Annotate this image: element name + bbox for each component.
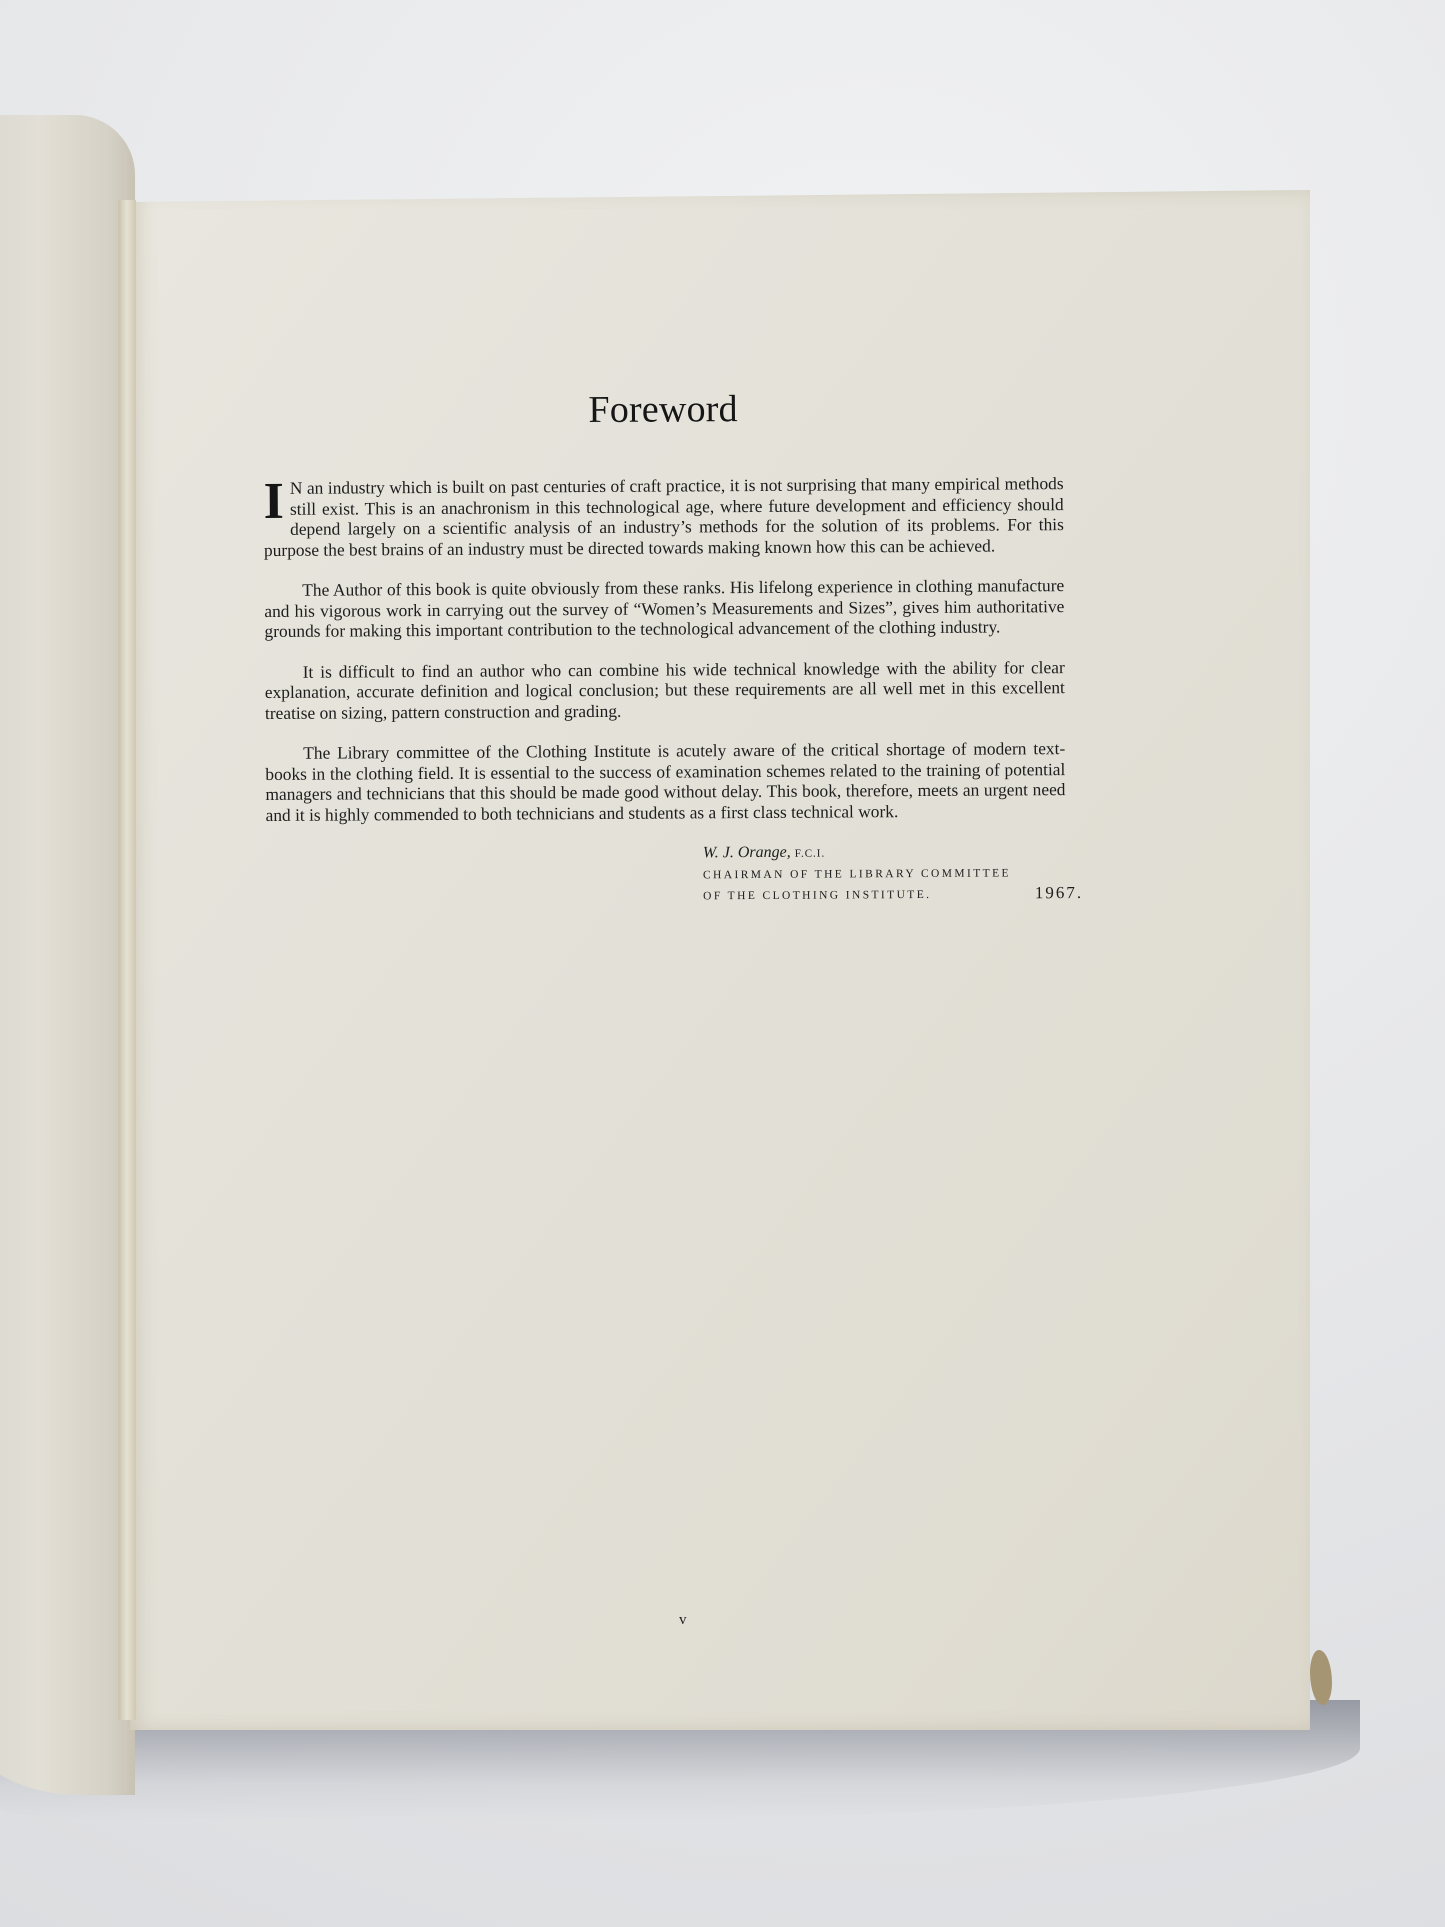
page-title: Foreword <box>263 385 1063 434</box>
signatory-title-line-2: of the Clothing Institute. <box>703 884 1083 907</box>
cover-wear-corner <box>1310 1650 1332 1705</box>
page-number: v <box>679 1612 687 1629</box>
signatory-name: W. J. Orange, <box>703 844 791 862</box>
left-page <box>0 115 135 1795</box>
paragraph-4: The Library committee of the Clothing In… <box>265 738 1065 825</box>
signatory-postnominal: F.C.I. <box>795 848 826 860</box>
paragraph-2: The Author of this book is quite obvious… <box>264 575 1064 641</box>
paragraph-1-text: N an industry which is built on past cen… <box>264 473 1064 559</box>
foreword-content: Foreword IN an industry which is built o… <box>263 385 1066 910</box>
book-gutter <box>118 200 136 1720</box>
signatory-title-line-1: Chairman of the Library Committee <box>703 863 1083 886</box>
paragraph-1: IN an industry which is built on past ce… <box>264 473 1064 560</box>
signature-block: W. J. Orange, F.C.I. Chairman of the Lib… <box>703 840 1083 907</box>
paragraph-3: It is difficult to find an author who ca… <box>265 657 1065 723</box>
drop-cap: I <box>264 482 284 522</box>
signature-name-line: W. J. Orange, F.C.I. <box>703 840 1083 865</box>
signature-year: 1967. <box>1035 883 1083 903</box>
